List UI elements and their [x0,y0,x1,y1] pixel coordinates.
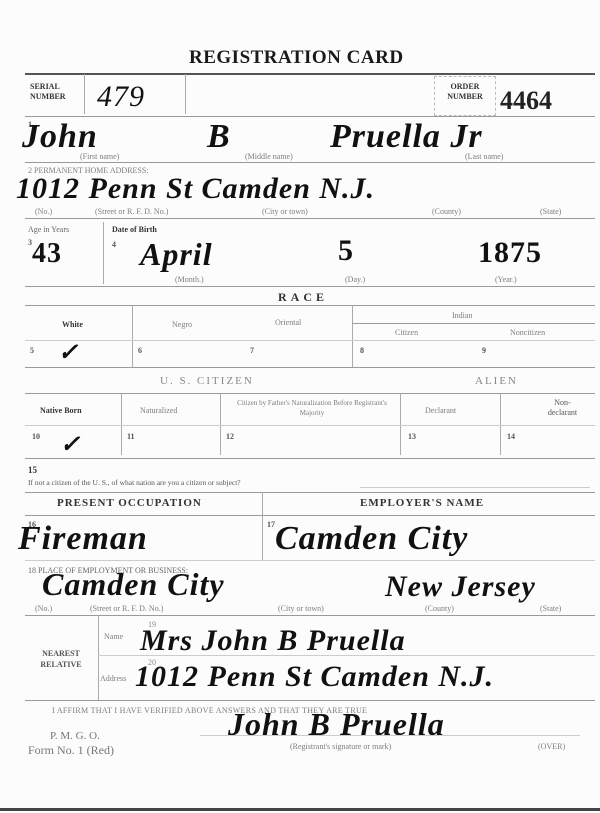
divider [25,340,595,341]
race-indian-label: Indian [452,311,472,320]
place-sub-label: (Street or R. F. D. No.) [90,604,163,613]
place-sub-label: (County) [425,604,454,613]
relative-address-value: 1012 Penn St Camden N.J. [135,660,494,694]
age-label: Age in Years [28,225,69,234]
last-name-label: (Last name) [465,152,503,161]
employer-heading: EMPLOYER'S NAME [360,497,484,509]
divider [98,615,99,700]
footer-pmgo: P. M. G. O. [50,730,100,742]
divider [25,425,595,426]
divider [25,218,595,219]
field-number: 7 [250,346,254,355]
divider [25,367,595,368]
non-declarant-label: Non-declarant [540,398,585,418]
divider [25,305,595,306]
address-sub-label: (Street or R. F. D. No.) [95,207,168,216]
alien-heading: ALIEN [475,375,518,387]
place-city-value: Camden City [42,566,225,603]
race-white-checkmark: ✓ [58,338,79,367]
divider [25,515,595,516]
field-number: 4 [112,240,116,249]
divider [262,492,263,560]
middle-name-label: (Middle name) [245,152,293,161]
relative-name-value: Mrs John B Pruella [140,624,406,658]
divider [352,323,595,324]
place-sub-label: (No.) [35,604,52,613]
divider [103,222,104,284]
race-white-label: White [62,320,83,329]
date-of-birth-label: Date of Birth [112,225,157,234]
divider [132,305,133,367]
registrant-signature: John B Pruella [228,706,445,743]
occupation-value: Fireman [18,520,148,558]
divider [98,655,595,656]
field-number: 14 [507,432,515,441]
field-number: 13 [408,432,416,441]
divider [200,735,580,736]
first-name-label: (First name) [80,152,119,161]
divider [500,393,501,455]
divider [352,305,353,367]
declarant-label: Declarant [425,406,456,415]
birth-month: April [140,236,213,273]
first-name: John [22,118,98,156]
address-sub-label: (County) [432,207,461,216]
footer-form-number: Form No. 1 (Red) [28,743,114,758]
serial-number-label: SERIAL NUMBER [30,82,80,102]
race-indian-citizen-label: Citizen [395,328,418,337]
order-number-label: ORDER NUMBER [440,82,490,102]
race-oriental-label: Oriental [275,318,301,327]
order-number-value: 4464 [500,86,552,116]
field-number: 11 [127,432,135,441]
divider [25,116,595,117]
home-address-value: 1012 Penn St Camden N.J. [16,172,375,206]
relative-address-label: Address [100,674,126,683]
citizen-by-father-label: Citizen by Father's Naturalization Befor… [232,398,392,418]
age-value: 43 [32,238,62,270]
field-number: 18 [28,566,36,575]
over-label: (OVER) [538,742,565,751]
us-citizen-heading: U. S. CITIZEN [160,375,254,387]
field-number: 15 [28,465,37,475]
signature-label: (Registrant's signature or mark) [290,742,391,751]
registration-card: REGISTRATION CARD SERIAL NUMBER 479 ORDE… [0,0,600,813]
divider [25,458,595,459]
nearest-relative-label: NEAREST RELATIVE [30,648,92,670]
divider [25,162,595,163]
birth-day-label: (Day.) [345,275,365,284]
birth-year: 1875 [478,236,542,270]
divider [25,700,595,701]
divider [185,74,186,114]
address-sub-label: (State) [540,207,561,216]
address-sub-label: (City or town) [262,207,308,216]
employer-value: Camden City [275,520,468,558]
race-heading: RACE [278,290,328,305]
field-number: 5 [30,346,34,355]
native-born-checkmark: ✓ [60,430,81,459]
race-negro-label: Negro [172,320,192,329]
divider [25,393,595,394]
address-sub-label: (No.) [35,207,52,216]
last-name: Pruella Jr [330,118,483,156]
field-number: 17 [267,520,275,529]
birth-month-label: (Month.) [175,275,204,284]
naturalized-label: Naturalized [140,406,177,415]
divider [84,74,85,114]
divider [25,492,595,493]
divider [220,393,221,455]
field-number: 10 [32,432,40,441]
divider [360,487,590,488]
relative-name-label: Name [104,632,123,641]
native-born-label: Native Born [40,406,82,415]
field-number: 9 [482,346,486,355]
divider [121,393,122,455]
divider [400,393,401,455]
middle-name: B [207,118,231,156]
serial-number-value: 479 [97,80,145,114]
field-number: 12 [226,432,234,441]
birth-year-label: (Year.) [495,275,517,284]
field-number: 6 [138,346,142,355]
divider [25,615,595,616]
divider [25,286,595,287]
field-number: 8 [360,346,364,355]
birth-day: 5 [338,234,354,268]
card-bottom-edge [0,808,600,811]
divider [25,560,595,561]
divider [25,73,595,75]
card-title: REGISTRATION CARD [189,47,404,69]
race-indian-noncitizen-label: Noncitizen [510,328,545,337]
place-sub-label: (City or town) [278,604,324,613]
occupation-heading: PRESENT OCCUPATION [57,497,202,509]
place-sub-label: (State) [540,604,561,613]
nation-question: If not a citizen of the U. S., of what n… [28,478,241,487]
place-state-value: New Jersey [385,570,536,604]
